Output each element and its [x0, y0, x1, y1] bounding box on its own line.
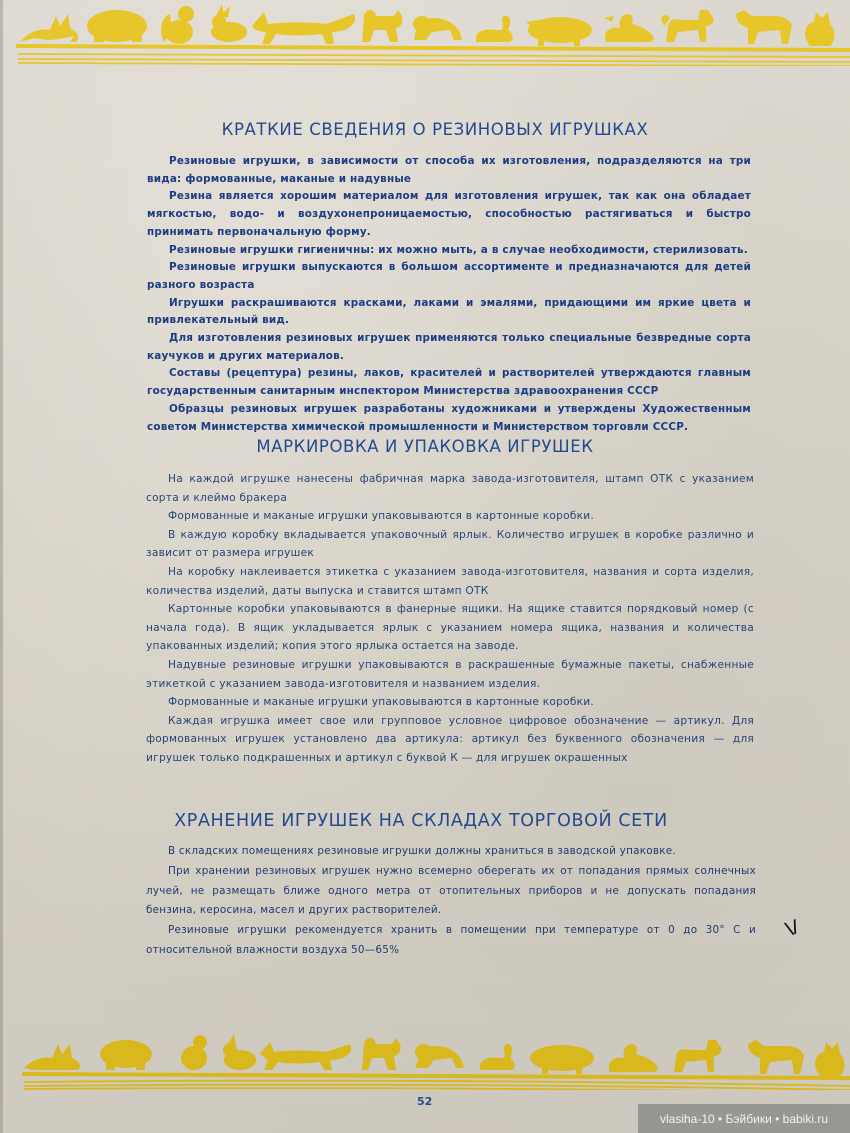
page-edge: [0, 0, 3, 1133]
section-body-marking-packaging: На каждой игрушке нанесены фабричная мар…: [146, 470, 754, 768]
handwritten-check-mark: \/: [783, 916, 802, 939]
catalog-page: КРАТКИЕ СВЕДЕНИЯ О РЕЗИНОВЫХ ИГРУШКАХ Ре…: [0, 0, 850, 1133]
paragraph: Образцы резиновых игрушек разработаны ху…: [147, 401, 751, 436]
animal-silhouettes-icon: [14, 2, 850, 66]
section-body-warehouse-storage: В складских помещениях резиновые игрушки…: [146, 842, 756, 961]
paragraph: Резиновые игрушки рекомендуется хранить …: [146, 921, 756, 961]
page-number: 52: [417, 1095, 432, 1108]
paragraph: Картонные коробки упаковываются в фанерн…: [146, 600, 754, 656]
paragraph: На каждой игрушке нанесены фабричная мар…: [146, 470, 754, 507]
paragraph: Для изготовления резиновых игрушек приме…: [147, 330, 751, 365]
paragraph: Резиновые игрушки выпускаются в большом …: [147, 259, 751, 294]
section-title-marking-packaging: МАРКИРОВКА И УПАКОВКА ИГРУШЕК: [0, 437, 850, 456]
paragraph: В каждую коробку вкладывается упаковочны…: [146, 526, 754, 563]
paragraph: В складских помещениях резиновые игрушки…: [146, 842, 756, 862]
paragraph: На коробку наклеивается этикетка с указа…: [146, 563, 754, 600]
source-watermark: vlasiha-10 • Бэйбики • babiki.ru: [638, 1104, 850, 1133]
paragraph: Резина является хорошим материалом для и…: [147, 188, 751, 241]
paragraph: Формованные и маканые игрушки упаковываю…: [146, 507, 754, 526]
paragraph: При хранении резиновых игрушек нужно все…: [146, 862, 756, 921]
bottom-animal-border: [14, 1030, 850, 1090]
animal-silhouettes-icon: [14, 1030, 850, 1090]
top-animal-border: [14, 2, 850, 66]
paragraph: Формованные и маканые игрушки упаковываю…: [146, 693, 754, 712]
section-title-warehouse-storage: ХРАНЕНИЕ ИГРУШЕК НА СКЛАДАХ ТОРГОВОЙ СЕТ…: [0, 811, 846, 831]
paragraph: Резиновые игрушки, в зависимости от спос…: [147, 153, 751, 188]
section-body-rubber-toys-info: Резиновые игрушки, в зависимости от спос…: [147, 153, 751, 436]
paragraph: Резиновые игрушки гигиеничны: их можно м…: [147, 242, 751, 260]
paragraph: Составы (рецептура) резины, лаков, краси…: [147, 365, 751, 400]
paragraph: Надувные резиновые игрушки упаковываются…: [146, 656, 754, 693]
paragraph: Каждая игрушка имеет свое или групповое …: [146, 712, 754, 768]
section-title-rubber-toys-info: КРАТКИЕ СВЕДЕНИЯ О РЕЗИНОВЫХ ИГРУШКАХ: [10, 120, 850, 139]
paragraph: Игрушки раскрашиваются красками, лаками …: [147, 295, 751, 330]
